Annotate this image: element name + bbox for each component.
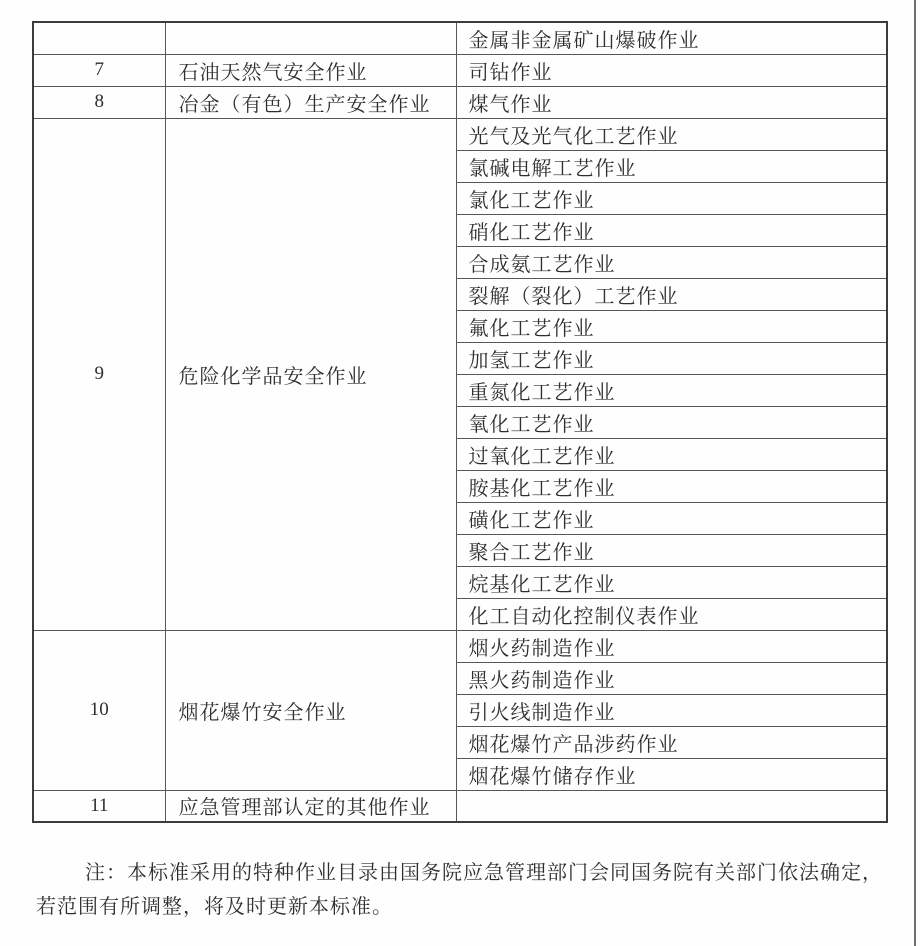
work-item-cell: 引火线制造作业 [456, 694, 887, 726]
table-row: 11 应急管理部认定的其他作业 [33, 790, 887, 822]
work-item-cell: 硝化工艺作业 [456, 214, 887, 246]
row-number-cell: 8 [33, 86, 165, 118]
table-row: 9 危险化学品安全作业 光气及光气化工艺作业 [33, 118, 887, 150]
table-row: 8 冶金（有色）生产安全作业 煤气作业 [33, 86, 887, 118]
category-cell: 冶金（有色）生产安全作业 [165, 86, 456, 118]
table-row: 10 烟花爆竹安全作业 烟火药制造作业 [33, 630, 887, 662]
footnote-line-2: 若范围有所调整，将及时更新本标准。 [36, 890, 888, 924]
work-item-cell: 氯碱电解工艺作业 [456, 150, 887, 182]
work-item-cell: 合成氨工艺作业 [456, 246, 887, 278]
work-item-cell: 烟花爆竹储存作业 [456, 758, 887, 790]
work-item-cell: 烟花爆竹产品涉药作业 [456, 726, 887, 758]
work-item-cell: 司钻作业 [456, 54, 887, 86]
page-right-edge-line [914, 0, 916, 946]
table-row: 7 石油天然气安全作业 司钻作业 [33, 54, 887, 86]
category-cell: 石油天然气安全作业 [165, 54, 456, 86]
row-number-cell [33, 22, 165, 54]
special-operations-table: 金属非金属矿山爆破作业 7 石油天然气安全作业 司钻作业 8 冶金（有色）生产安… [32, 21, 888, 823]
work-item-cell: 氟化工艺作业 [456, 310, 887, 342]
work-item-cell: 聚合工艺作业 [456, 534, 887, 566]
work-item-cell: 重氮化工艺作业 [456, 374, 887, 406]
footnote: 注：本标准采用的特种作业目录由国务院应急管理部门会同国务院有关部门依法确定， 若… [36, 856, 888, 924]
work-item-cell: 磺化工艺作业 [456, 502, 887, 534]
category-cell: 危险化学品安全作业 [165, 118, 456, 630]
row-number-cell: 9 [33, 118, 165, 630]
category-cell: 应急管理部认定的其他作业 [165, 790, 456, 822]
row-number-cell: 11 [33, 790, 165, 822]
work-item-cell: 金属非金属矿山爆破作业 [456, 22, 887, 54]
work-item-cell: 过氧化工艺作业 [456, 438, 887, 470]
work-item-cell [456, 790, 887, 822]
work-item-cell: 光气及光气化工艺作业 [456, 118, 887, 150]
category-cell [165, 22, 456, 54]
work-item-cell: 黑火药制造作业 [456, 662, 887, 694]
work-item-cell: 氯化工艺作业 [456, 182, 887, 214]
work-item-cell: 烷基化工艺作业 [456, 566, 887, 598]
work-item-cell: 裂解（裂化）工艺作业 [456, 278, 887, 310]
work-item-cell: 烟火药制造作业 [456, 630, 887, 662]
work-item-cell: 化工自动化控制仪表作业 [456, 598, 887, 630]
row-number-cell: 7 [33, 54, 165, 86]
table-row: 金属非金属矿山爆破作业 [33, 22, 887, 54]
work-item-cell: 胺基化工艺作业 [456, 470, 887, 502]
category-cell: 烟花爆竹安全作业 [165, 630, 456, 790]
row-number-cell: 10 [33, 630, 165, 790]
footnote-line-1: 注：本标准采用的特种作业目录由国务院应急管理部门会同国务院有关部门依法确定， [36, 856, 888, 890]
work-item-cell: 加氢工艺作业 [456, 342, 887, 374]
work-item-cell: 氧化工艺作业 [456, 406, 887, 438]
work-item-cell: 煤气作业 [456, 86, 887, 118]
document-page: 金属非金属矿山爆破作业 7 石油天然气安全作业 司钻作业 8 冶金（有色）生产安… [0, 0, 920, 946]
